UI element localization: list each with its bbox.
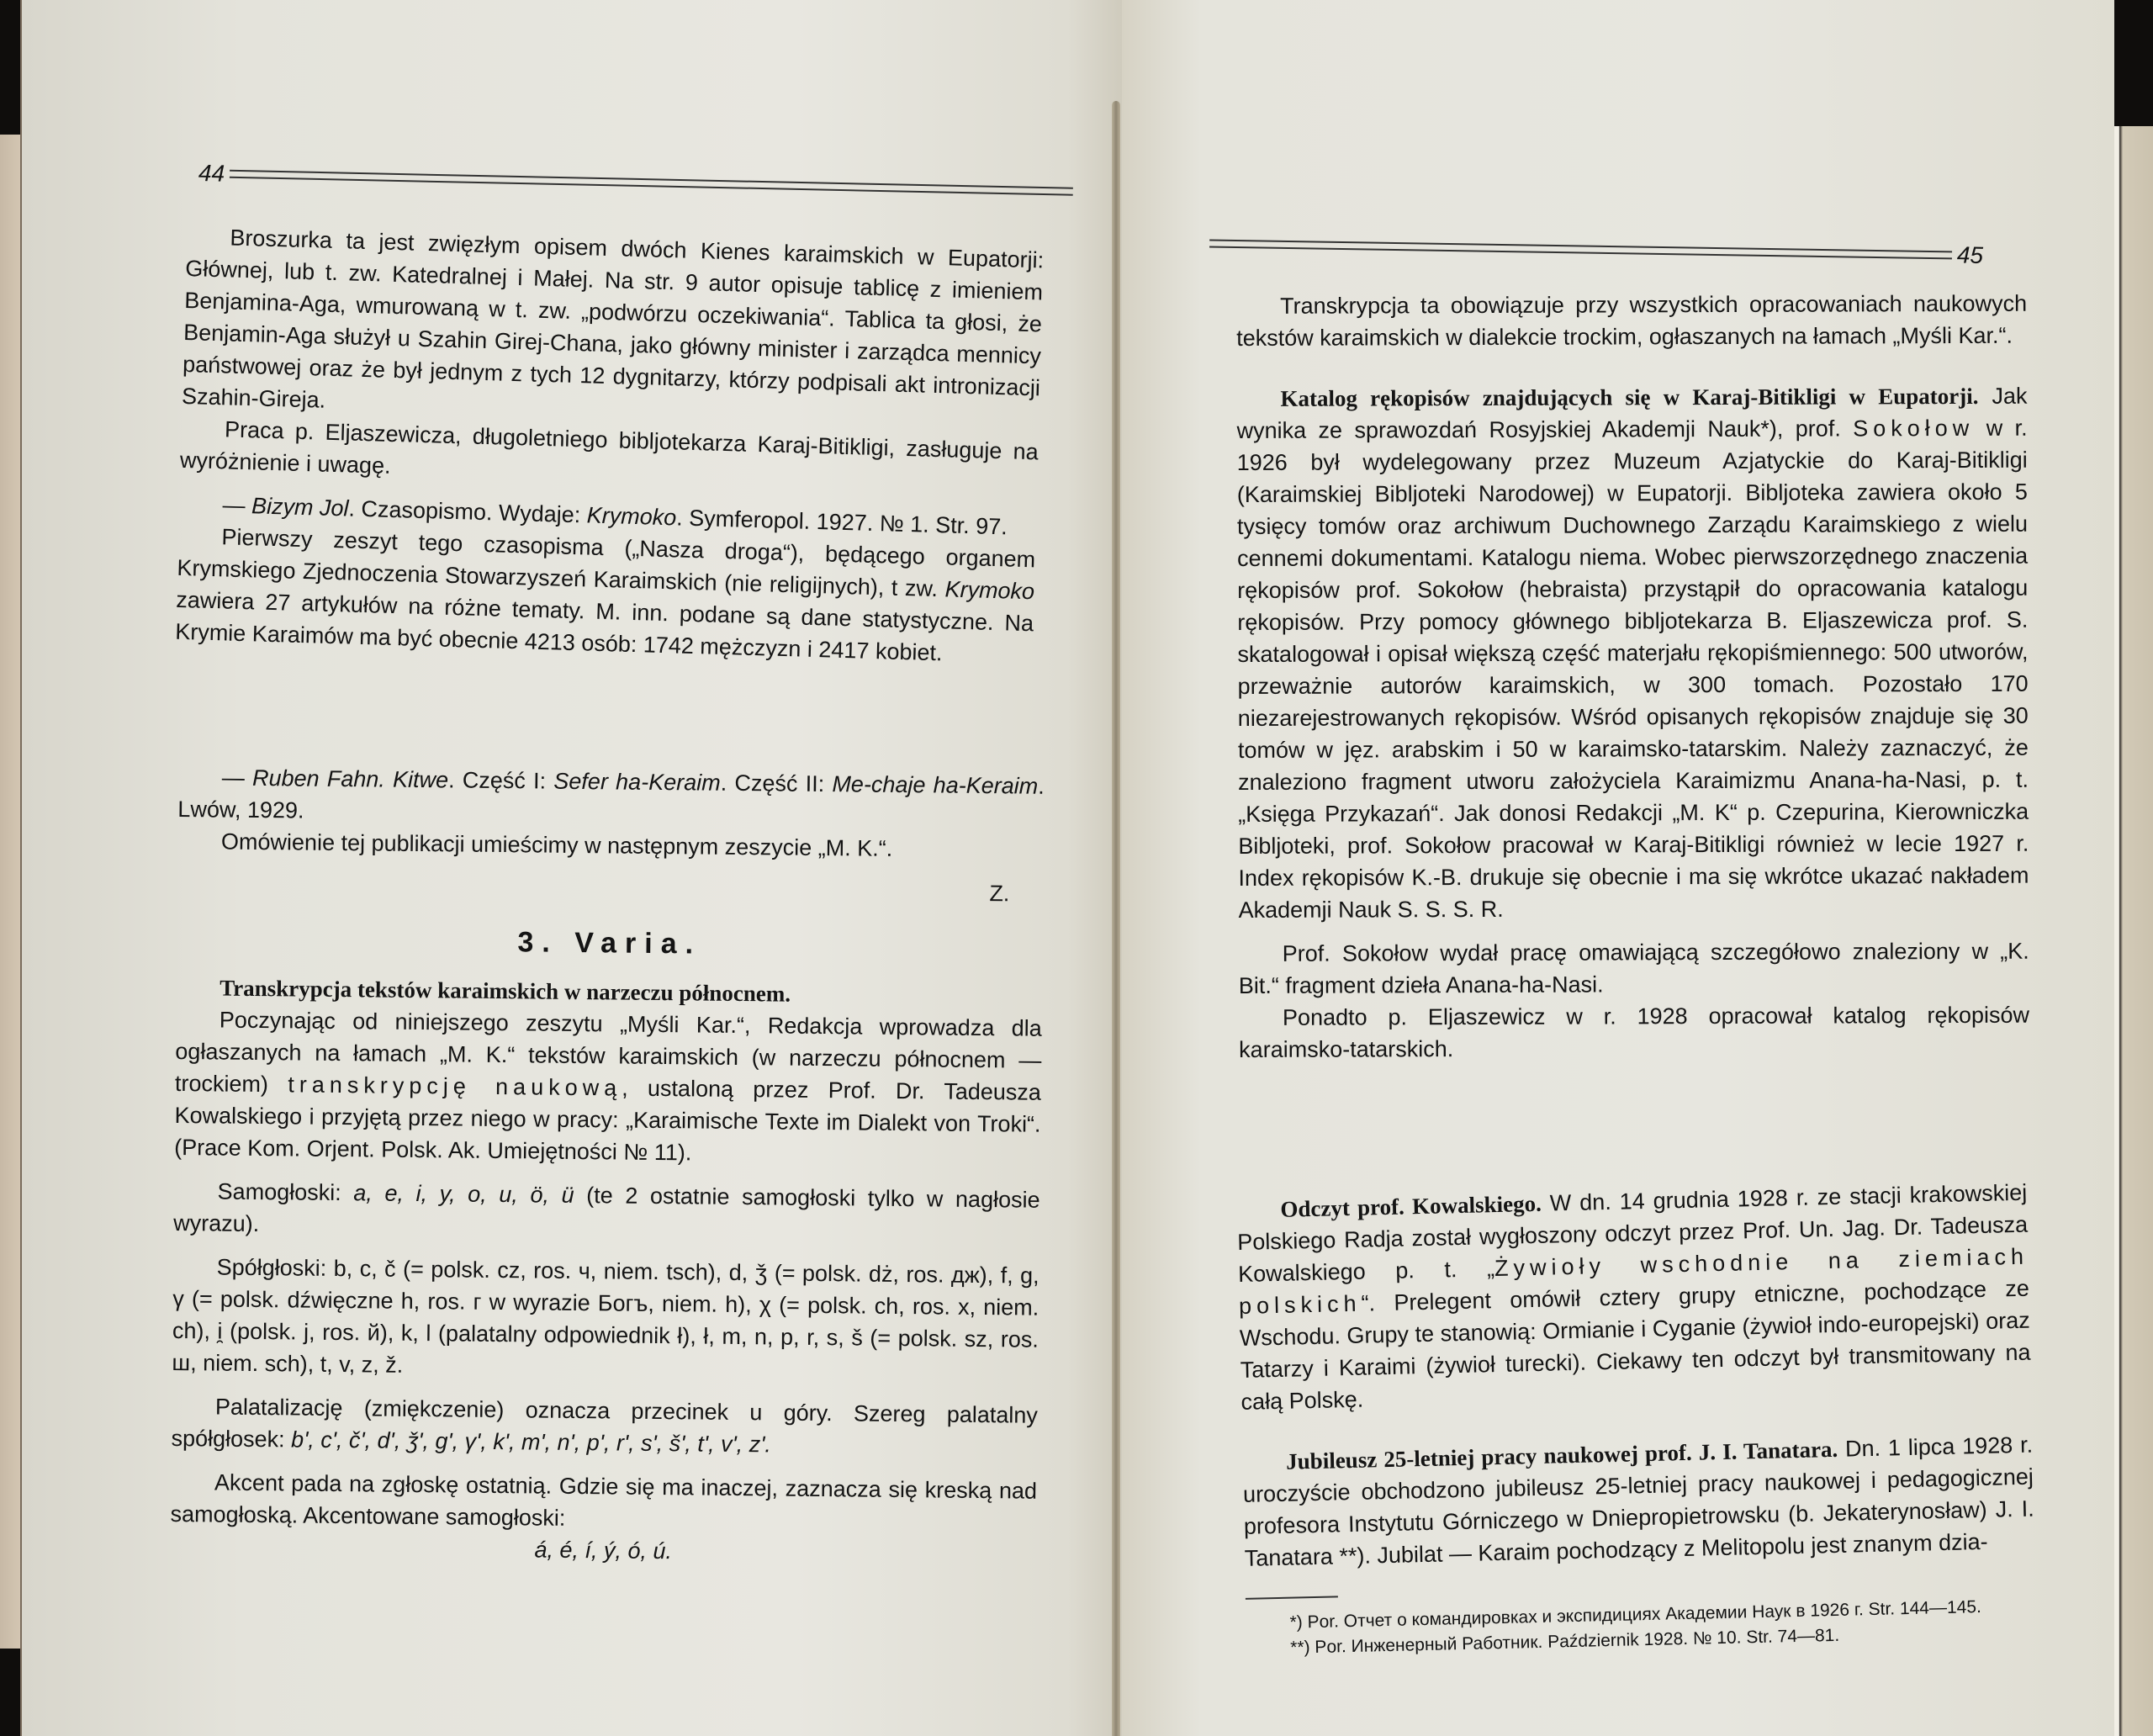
citation-publisher: Krymoko — [586, 502, 676, 530]
right-page-number: 45 — [1957, 242, 1984, 269]
article-jubileusz: Jubileusz 25-letniej pracy naukowej prof… — [1242, 1429, 2035, 1575]
paragraph-sokolow-wydal: Prof. Sokołow wydał pracę omawiającą szc… — [1239, 935, 2029, 1002]
book-spread: 44 Broszurka ta jest zwięzłym opisem dwó… — [0, 0, 2153, 1736]
paragraph-poczynajac: Poczynając od niniejszego zeszytu „Myśli… — [174, 1003, 1042, 1172]
right-column-lower: Odczyt prof. Kowalskiego. W dn. 14 grudn… — [1236, 1177, 2037, 1662]
left-page-number: 44 — [198, 160, 225, 188]
paragraph-broszurka: Broszurka ta jest zwięzłym opisem dwóch … — [182, 220, 1045, 436]
paragraph-ponadto: Ponadto p. Eljaszewicz w r. 1928 opracow… — [1239, 999, 2029, 1066]
article-katalog: Katalog rękopisów znajdujących się w Kar… — [1236, 380, 2029, 926]
citation-title: Bizym Jol — [251, 493, 349, 521]
paragraph-samogloski: Samogłoski: a, e, i, y, o, u, ö, ü (te 2… — [173, 1175, 1040, 1248]
signature: Z. — [177, 869, 1043, 910]
paragraph-pierwszy-zeszyt: Pierwszy zeszyt tego czasopisma („Nasza … — [175, 520, 1036, 671]
paragraph-spolgloski: Spółgłoski: b, c, č (= polsk. cz, ros. ч… — [172, 1251, 1039, 1388]
page-stack-edge — [2114, 126, 2153, 1736]
book-gutter — [1112, 101, 1120, 1736]
paragraph-transkrypcja-obowiazuje: Transkrypcja ta obowiązuje przy wszystki… — [1236, 288, 2027, 354]
header-double-rule — [1209, 240, 1952, 260]
footnote-divider — [1246, 1596, 1338, 1599]
left-column-lower: — Ruben Fahn. Kitwe. Część I: Sefer ha-K… — [170, 761, 1045, 1571]
article-title-katalog: Katalog rękopisów znajdujących się w Kar… — [1280, 384, 1978, 411]
section-heading: 3. Varia. — [177, 923, 1043, 964]
left-column-upper: Broszurka ta jest zwięzłym opisem dwóch … — [175, 220, 1045, 671]
article-title-odczyt: Odczyt prof. Kowalskiego. — [1280, 1191, 1542, 1222]
article-title-jubileusz: Jubileusz 25-letniej pracy naukowej prof… — [1286, 1437, 1838, 1474]
paragraph-palatalizacja: Palatalizację (zmiękczenie) oznacza prze… — [171, 1390, 1038, 1463]
citation-ruben-fahn: — Ruben Fahn. Kitwe. Część I: Sefer ha-K… — [177, 761, 1045, 834]
article-odczyt: Odczyt prof. Kowalskiego. W dn. 14 grudn… — [1236, 1177, 2032, 1418]
right-column-upper: Transkrypcja ta obowiązuje przy wszystki… — [1236, 288, 2029, 1066]
paragraph-akcent: Akcent pada na zgłoskę ostatnią. Gdzie s… — [170, 1466, 1037, 1539]
